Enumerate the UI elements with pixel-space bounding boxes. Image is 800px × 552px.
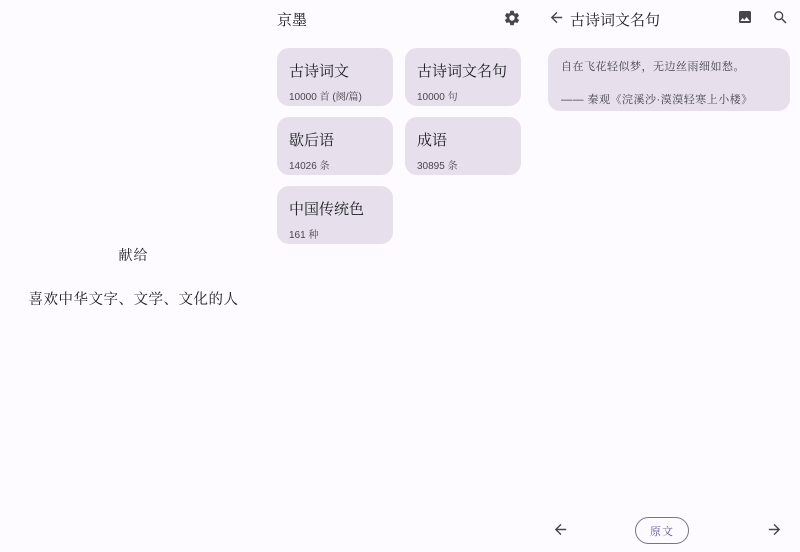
card-title: 成语 <box>417 129 509 150</box>
settings-button[interactable] <box>503 9 521 27</box>
search-icon <box>772 9 789 26</box>
famous-line-card[interactable]: 自在飞花轻似梦，无边丝雨细如愁。 —— 秦观《浣溪沙·漠漠轻寒上小楼》 <box>548 48 790 111</box>
previous-button[interactable] <box>552 521 569 538</box>
next-button[interactable] <box>766 521 783 538</box>
detail-app-bar: 古诗词文名句 <box>540 0 800 38</box>
card-count: 161 种 <box>289 226 381 241</box>
arrow-right-icon <box>766 521 783 538</box>
card-chengyu[interactable]: 成语 30895 条 <box>405 117 521 175</box>
card-title: 古诗词文 <box>289 60 381 81</box>
arrow-left-icon <box>552 521 569 538</box>
search-button[interactable] <box>772 9 789 26</box>
image-mode-button[interactable] <box>737 9 753 25</box>
card-gushiciwen-mingju[interactable]: 古诗词文名句 10000 句 <box>405 48 521 106</box>
home-app-bar: 京墨 <box>270 0 540 38</box>
app-window: 献给 喜欢中华文字、文学、文化的人 京墨 古诗词文 10000 首 (阕/篇) … <box>0 0 800 552</box>
dedication-text: 喜欢中华文字、文学、文化的人 <box>0 288 267 309</box>
dedication-pane: 献给 喜欢中华文字、文学、文化的人 <box>0 0 270 552</box>
category-card-grid: 古诗词文 10000 首 (阕/篇) 古诗词文名句 10000 句 歇后语 14… <box>277 48 521 244</box>
detail-pane: 古诗词文名句 自在飞花轻似梦，无边丝雨细如愁。 —— 秦观《浣溪沙·漠漠轻寒上小… <box>540 0 800 552</box>
home-pane: 京墨 古诗词文 10000 首 (阕/篇) 古诗词文名句 10000 句 歇后语… <box>270 0 540 552</box>
card-chinese-traditional-colors[interactable]: 中国传统色 161 种 <box>277 186 393 244</box>
app-title: 京墨 <box>277 9 307 30</box>
arrow-left-icon <box>548 9 565 26</box>
quote-source: —— 秦观《浣溪沙·漠漠轻寒上小楼》 <box>561 91 777 107</box>
card-xiehouyu[interactable]: 歇后语 14026 条 <box>277 117 393 175</box>
card-title: 歇后语 <box>289 129 381 150</box>
card-gushiciwen[interactable]: 古诗词文 10000 首 (阕/篇) <box>277 48 393 106</box>
original-text-button[interactable]: 原文 <box>635 517 689 544</box>
card-title: 中国传统色 <box>289 198 381 219</box>
back-button[interactable] <box>548 9 565 26</box>
pagination-bar: 原文 <box>540 508 800 552</box>
dedication-block: 献给 喜欢中华文字、文学、文化的人 <box>0 245 267 309</box>
image-icon <box>737 9 753 25</box>
gear-icon <box>503 9 521 27</box>
card-count: 14026 条 <box>289 157 381 172</box>
card-count: 10000 句 <box>417 88 509 103</box>
card-count: 10000 首 (阕/篇) <box>289 88 381 103</box>
card-count: 30895 条 <box>417 157 509 172</box>
detail-page-title: 古诗词文名句 <box>570 9 660 30</box>
dedication-title: 献给 <box>0 245 267 265</box>
quote-text: 自在飞花轻似梦，无边丝雨细如愁。 <box>561 58 777 74</box>
card-title: 古诗词文名句 <box>417 60 509 81</box>
